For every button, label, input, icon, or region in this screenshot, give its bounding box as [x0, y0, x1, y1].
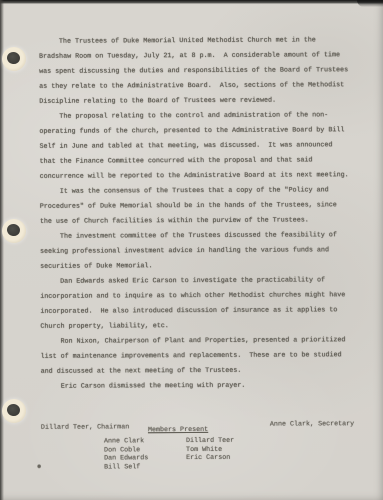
member-name: Dillard Teer — [186, 437, 234, 446]
document-body: The Trustees of Duke Memorial United Met… — [39, 33, 352, 395]
paragraph-policy-procedures: It was the consensus of the Trustees tha… — [40, 183, 351, 230]
paragraph-funds-proposal: The proposal relating to the control and… — [39, 108, 350, 185]
member-name: Eric Carson — [186, 454, 234, 463]
members-present-heading: Members Present — [148, 426, 208, 434]
signature-secretary: Anne Clark, Secretary — [270, 420, 354, 428]
paragraph-closing-prayer: Eric Carson dismissed the meeting with p… — [41, 378, 352, 395]
members-column-1: Anne Clark Don Coble Dan Edwards Bill Se… — [104, 437, 148, 472]
page-content: The Trustees of Duke Memorial United Met… — [0, 0, 383, 500]
scanned-page: The Trustees of Duke Memorial United Met… — [0, 0, 383, 500]
paragraph-investment: The investment committee of the Trustees… — [40, 228, 351, 275]
paragraph-meeting-intro: The Trustees of Duke Memorial United Met… — [39, 33, 350, 110]
member-name: Dan Edwards — [104, 455, 148, 464]
ink-smudge — [37, 464, 41, 469]
members-column-2: Dillard Teer Tom White Eric Carson — [186, 437, 234, 463]
signature-chairman: Dillard Teer, Chairman — [41, 423, 129, 431]
paragraph-incorporation: Dan Edwards asked Eric Carson to investi… — [40, 273, 351, 335]
paragraph-maintenance: Ron Nixon, Chairperson of Plant and Prop… — [40, 333, 351, 380]
member-name: Bill Self — [104, 463, 148, 472]
member-name: Anne Clark — [104, 437, 148, 446]
